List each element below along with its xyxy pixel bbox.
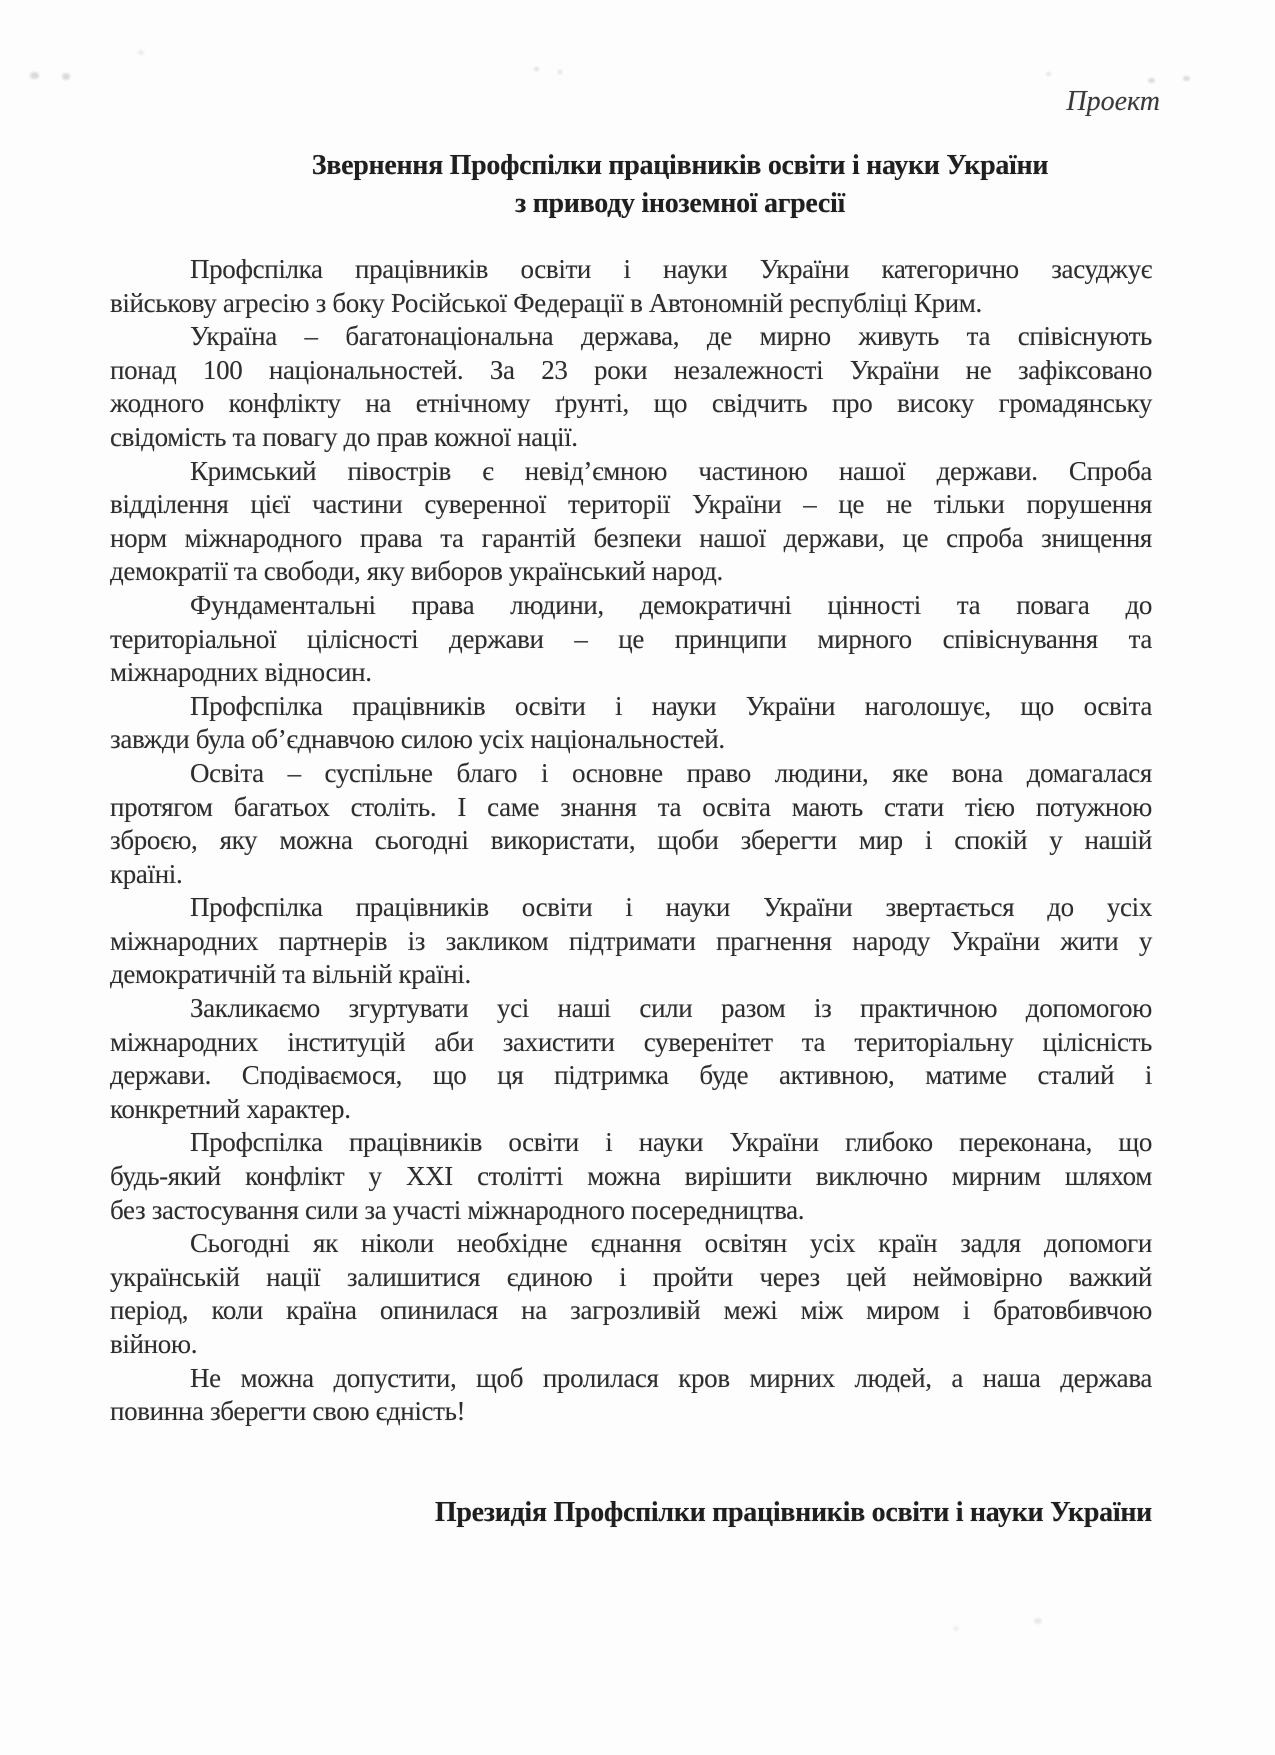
scan-speck: [1046, 72, 1051, 76]
paragraph-line: Профспілка працівників освіти і науки Ук…: [110, 891, 1152, 925]
paragraph-line: військову агресію з боку Російської Феде…: [110, 287, 1152, 321]
paragraph-line: міжнародних інституцій аби захистити сув…: [110, 1026, 1152, 1060]
paragraph-line: Освіта – суспільне благо і основне право…: [110, 757, 1152, 791]
paragraph: Профспілка працівників освіти і науки Ук…: [110, 891, 1152, 992]
paragraph-line: Сьогодні як ніколи необхідне єднання осв…: [110, 1227, 1152, 1261]
document-title-line1: Звернення Профспілки працівників освіти …: [208, 147, 1152, 185]
paragraph: Не можна допустити, щоб пролилася кров м…: [110, 1362, 1152, 1429]
paragraph-line: Профспілка працівників освіти і науки Ук…: [110, 253, 1152, 287]
scan-speck: [1183, 76, 1190, 81]
paragraph-line: завжди була об’єднавчою силою усіх націо…: [110, 723, 1152, 757]
paragraph-line: зброєю, яку можна сьогодні використати, …: [110, 824, 1152, 858]
paragraph: Профспілка працівників освіти і науки Ук…: [110, 1126, 1152, 1227]
scan-speck: [953, 1626, 959, 1631]
paragraph-line: без застосування сили за участі міжнарод…: [110, 1194, 1152, 1228]
scan-speck: [558, 70, 562, 74]
paragraph-line: війною.: [110, 1328, 1152, 1362]
paragraph-line: жодного конфлікту на етнічному ґрунті, щ…: [110, 387, 1152, 421]
paragraph-line: українській нації залишитися єдиною і пр…: [110, 1261, 1152, 1295]
paragraph-line: Кримський півострів є невід’ємною частин…: [110, 455, 1152, 489]
paragraph-line: протягом багатьох століть. І саме знання…: [110, 791, 1152, 825]
scan-speck: [534, 67, 539, 71]
paragraph-line: демократичній та вільній країні.: [110, 958, 1152, 992]
paragraph-line: Профспілка працівників освіти і науки Ук…: [110, 1126, 1152, 1160]
paragraph-line: будь-який конфлікт у XXI столітті можна …: [110, 1160, 1152, 1194]
paragraph-line: Профспілка працівників освіти і науки Ук…: [110, 690, 1152, 724]
paragraph-line: період, коли країна опинилася на загрозл…: [110, 1294, 1152, 1328]
document-page: Проект Звернення Профспілки працівників …: [0, 0, 1275, 1755]
scan-speck: [138, 50, 144, 55]
paragraph: Профспілка працівників освіти і науки Ук…: [110, 253, 1152, 320]
paragraph: Сьогодні як ніколи необхідне єднання осв…: [110, 1227, 1152, 1361]
paragraph-line: міжнародних партнерів із закликом підтри…: [110, 925, 1152, 959]
paragraph: Профспілка працівників освіти і науки Ук…: [110, 690, 1152, 757]
scan-speck: [30, 72, 39, 79]
paragraph-line: Фундаментальні права людини, демократичн…: [110, 589, 1152, 623]
scan-speck: [1034, 1618, 1042, 1624]
paragraph-line: міжнародних відносин.: [110, 656, 1152, 690]
paragraph-line: відділення цієї частини суверенної терит…: [110, 488, 1152, 522]
paragraph-line: повинна зберегти свою єдність!: [110, 1395, 1152, 1429]
paragraph: Кримський півострів є невід’ємною частин…: [110, 455, 1152, 589]
paragraph-line: держави. Сподіваємося, що ця підтримка б…: [110, 1059, 1152, 1093]
paragraph-line: країні.: [110, 858, 1152, 892]
paragraph: Фундаментальні права людини, демократичн…: [110, 589, 1152, 690]
paragraph-line: демократії та свободи, яку виборов украї…: [110, 555, 1152, 589]
document-status-label: Проект: [1066, 86, 1160, 118]
document-title-line2: з приводу іноземної агресії: [208, 185, 1152, 223]
paragraph-line: Україна – багатонаціональна держава, де …: [110, 320, 1152, 354]
paragraph-line: Не можна допустити, щоб пролилася кров м…: [110, 1362, 1152, 1396]
paragraph-line: територіальної цілісності держави – це п…: [110, 623, 1152, 657]
scan-speck: [1148, 78, 1155, 83]
document-signature: Президія Профспілки працівників освіти і…: [110, 1497, 1152, 1529]
paragraph: Україна – багатонаціональна держава, де …: [110, 320, 1152, 454]
document-title: Звернення Профспілки працівників освіти …: [208, 147, 1152, 223]
paragraph-line: конкретний характер.: [110, 1093, 1152, 1127]
paragraph-line: понад 100 національностей. За 23 роки не…: [110, 354, 1152, 388]
paragraph-line: Закликаємо згуртувати усі наші сили разо…: [110, 992, 1152, 1026]
document-body: Профспілка працівників освіти і науки Ук…: [110, 253, 1152, 1429]
paragraph-line: свідомість та повагу до прав кожної наці…: [110, 421, 1152, 455]
paragraph: Закликаємо згуртувати усі наші сили разо…: [110, 992, 1152, 1126]
scan-speck: [62, 73, 70, 80]
paragraph-line: норм міжнародного права та гарантій безп…: [110, 522, 1152, 556]
paragraph: Освіта – суспільне благо і основне право…: [110, 757, 1152, 891]
